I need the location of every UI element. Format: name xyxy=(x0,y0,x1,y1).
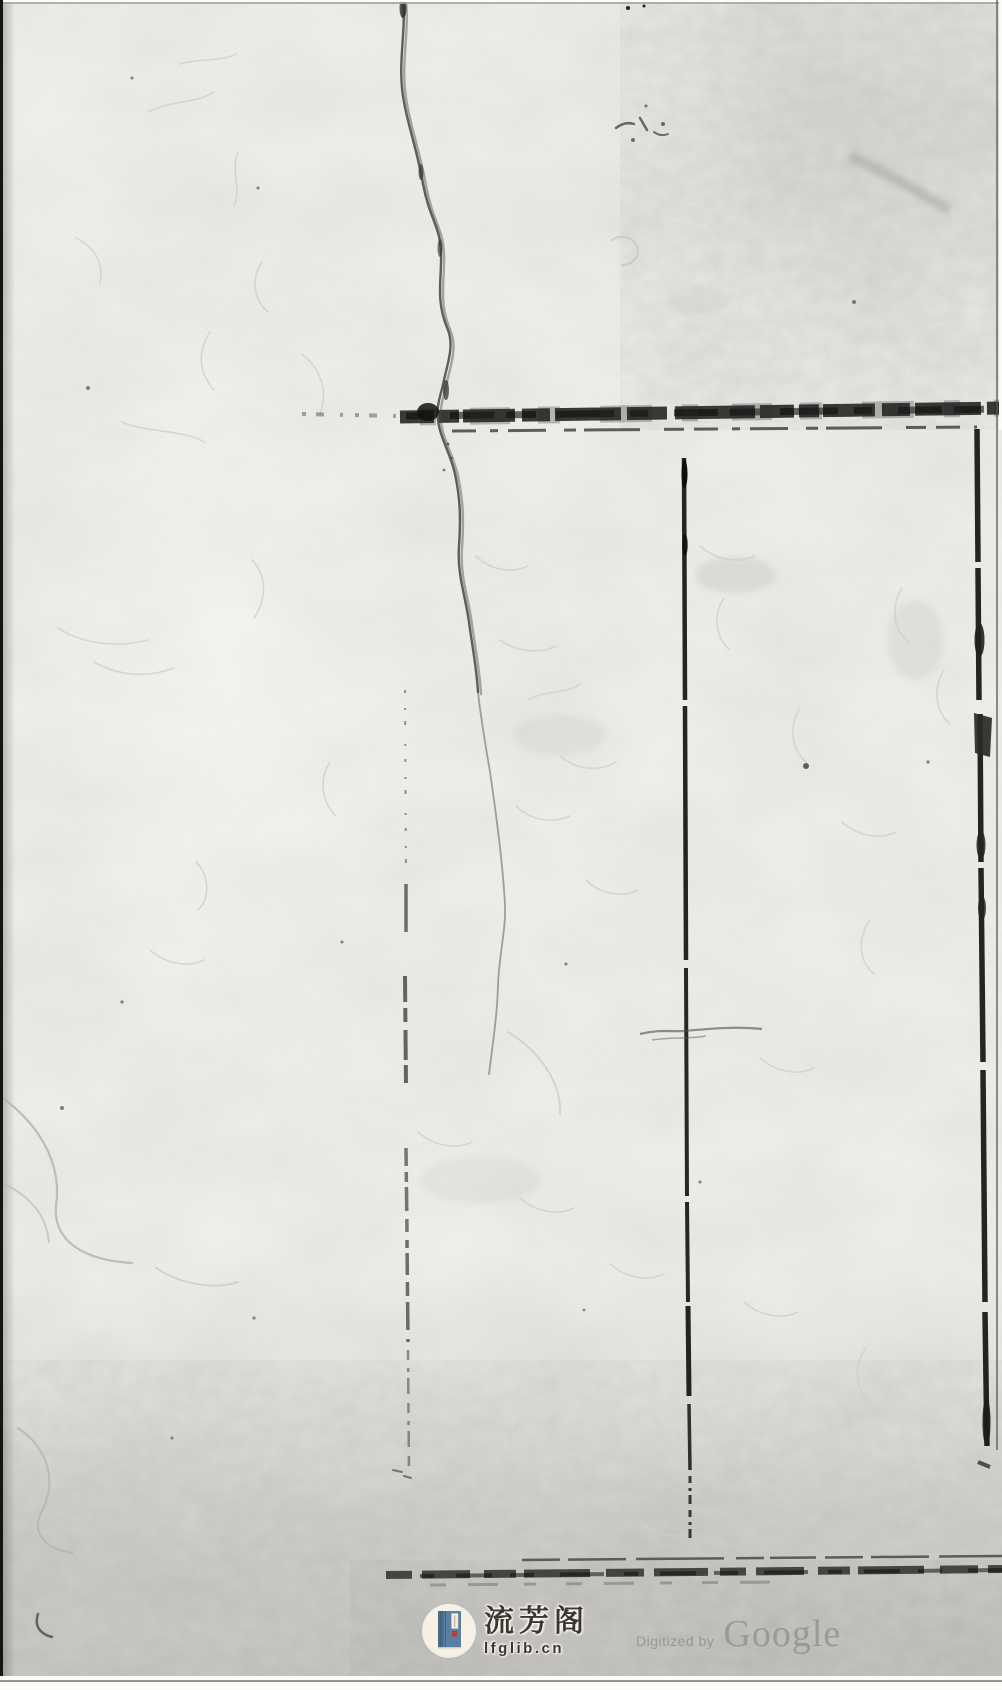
printed-frame xyxy=(0,0,1002,1690)
stitched-book-icon xyxy=(424,1606,474,1656)
crease-marks xyxy=(0,237,638,1553)
paper-tear xyxy=(400,0,506,1074)
top-border-rule xyxy=(302,408,1002,417)
left-column-rule xyxy=(405,690,409,1472)
scanned-book-page: 流芳阁 lfglib.cn Digitized by Google xyxy=(0,0,1002,1690)
watermark-site-name: 流芳阁 xyxy=(484,1606,589,1638)
bottom-border-rule xyxy=(386,1556,1002,1585)
center-column-rule xyxy=(640,458,762,1540)
lfglib-logo xyxy=(424,1606,474,1656)
lfglib-watermark: 流芳阁 lfglib.cn xyxy=(424,1606,589,1657)
google-logo-text: Google xyxy=(723,1612,841,1656)
paper-fibers xyxy=(58,54,950,1536)
right-border-rule xyxy=(974,429,992,1467)
watermark-text-block: 流芳阁 lfglib.cn xyxy=(484,1606,589,1657)
watermark-site-url: lfglib.cn xyxy=(484,1640,589,1657)
digitized-by-label: Digitized by xyxy=(636,1633,714,1649)
google-credit: Digitized by Google xyxy=(636,1612,841,1656)
inner-top-rule xyxy=(452,427,977,431)
ink-smudges xyxy=(37,5,930,1638)
